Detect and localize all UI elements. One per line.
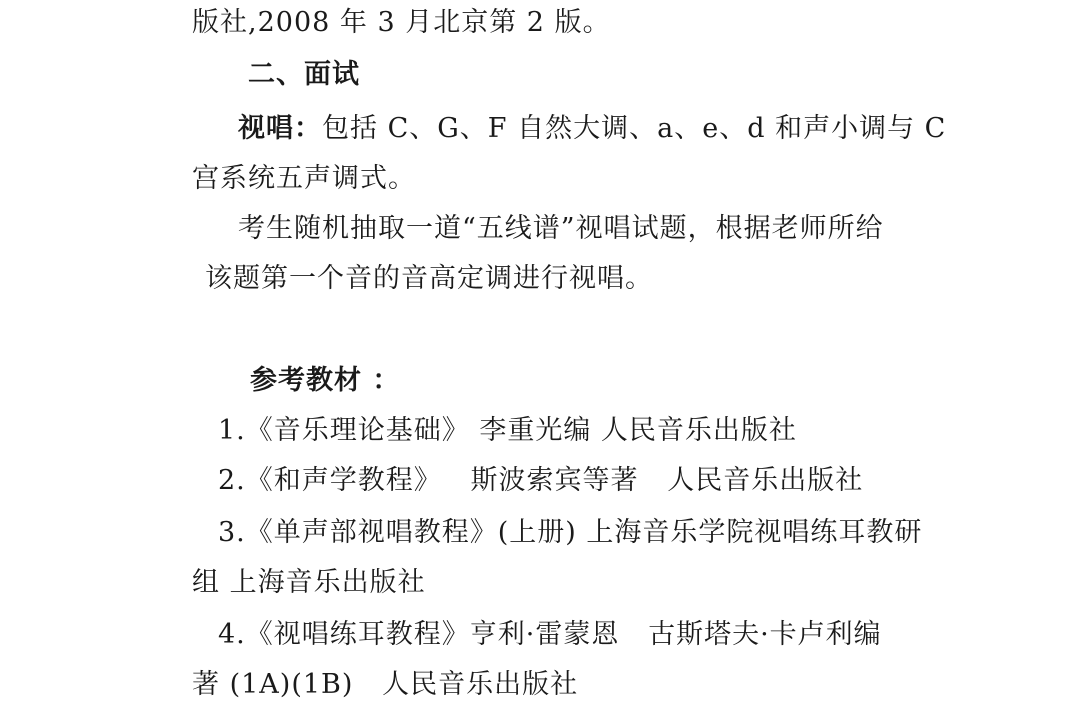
reference-item-4-cont: 著 (1A)(1B) 人民音乐出版社 [192,668,578,702]
sight-singing-label: 视唱： [238,113,322,144]
sight-singing-paragraph: 视唱：包括 C、G、F 自然大调、a、e、d 和声小调与 C [238,112,946,146]
reference-item-3: 3.《单声部视唱教程》(上册) 上海音乐学院视唱练耳教研 [218,516,922,550]
reference-item-3-cont: 组 上海音乐出版社 [192,566,426,600]
continuation-text: 版社,2008 年 3 月北京第 2 版。 [192,6,611,40]
instruction-line-2: 该题第一个音的音高定调进行视唱。 [205,262,653,296]
instruction-line-1: 考生随机抽取一道“五线谱”视唱试题，根据老师所给 [238,212,884,246]
sight-singing-text: 包括 C、G、F 自然大调、a、e、d 和声小调与 C [322,113,946,144]
references-heading: 参考教材 ： [250,364,400,398]
section-heading: 二、面试 [248,58,360,92]
reference-item-1: 1.《音乐理论基础》 李重光编 人民音乐出版社 [218,414,797,448]
reference-item-2: 2.《和声学教程》 斯波索宾等著 人民音乐出版社 [218,464,863,498]
sight-singing-text-cont: 宫系统五声调式。 [192,162,416,196]
reference-item-4: 4.《视唱练耳教程》亨利·雷蒙恩 古斯塔夫·卡卢利编 [218,618,882,652]
